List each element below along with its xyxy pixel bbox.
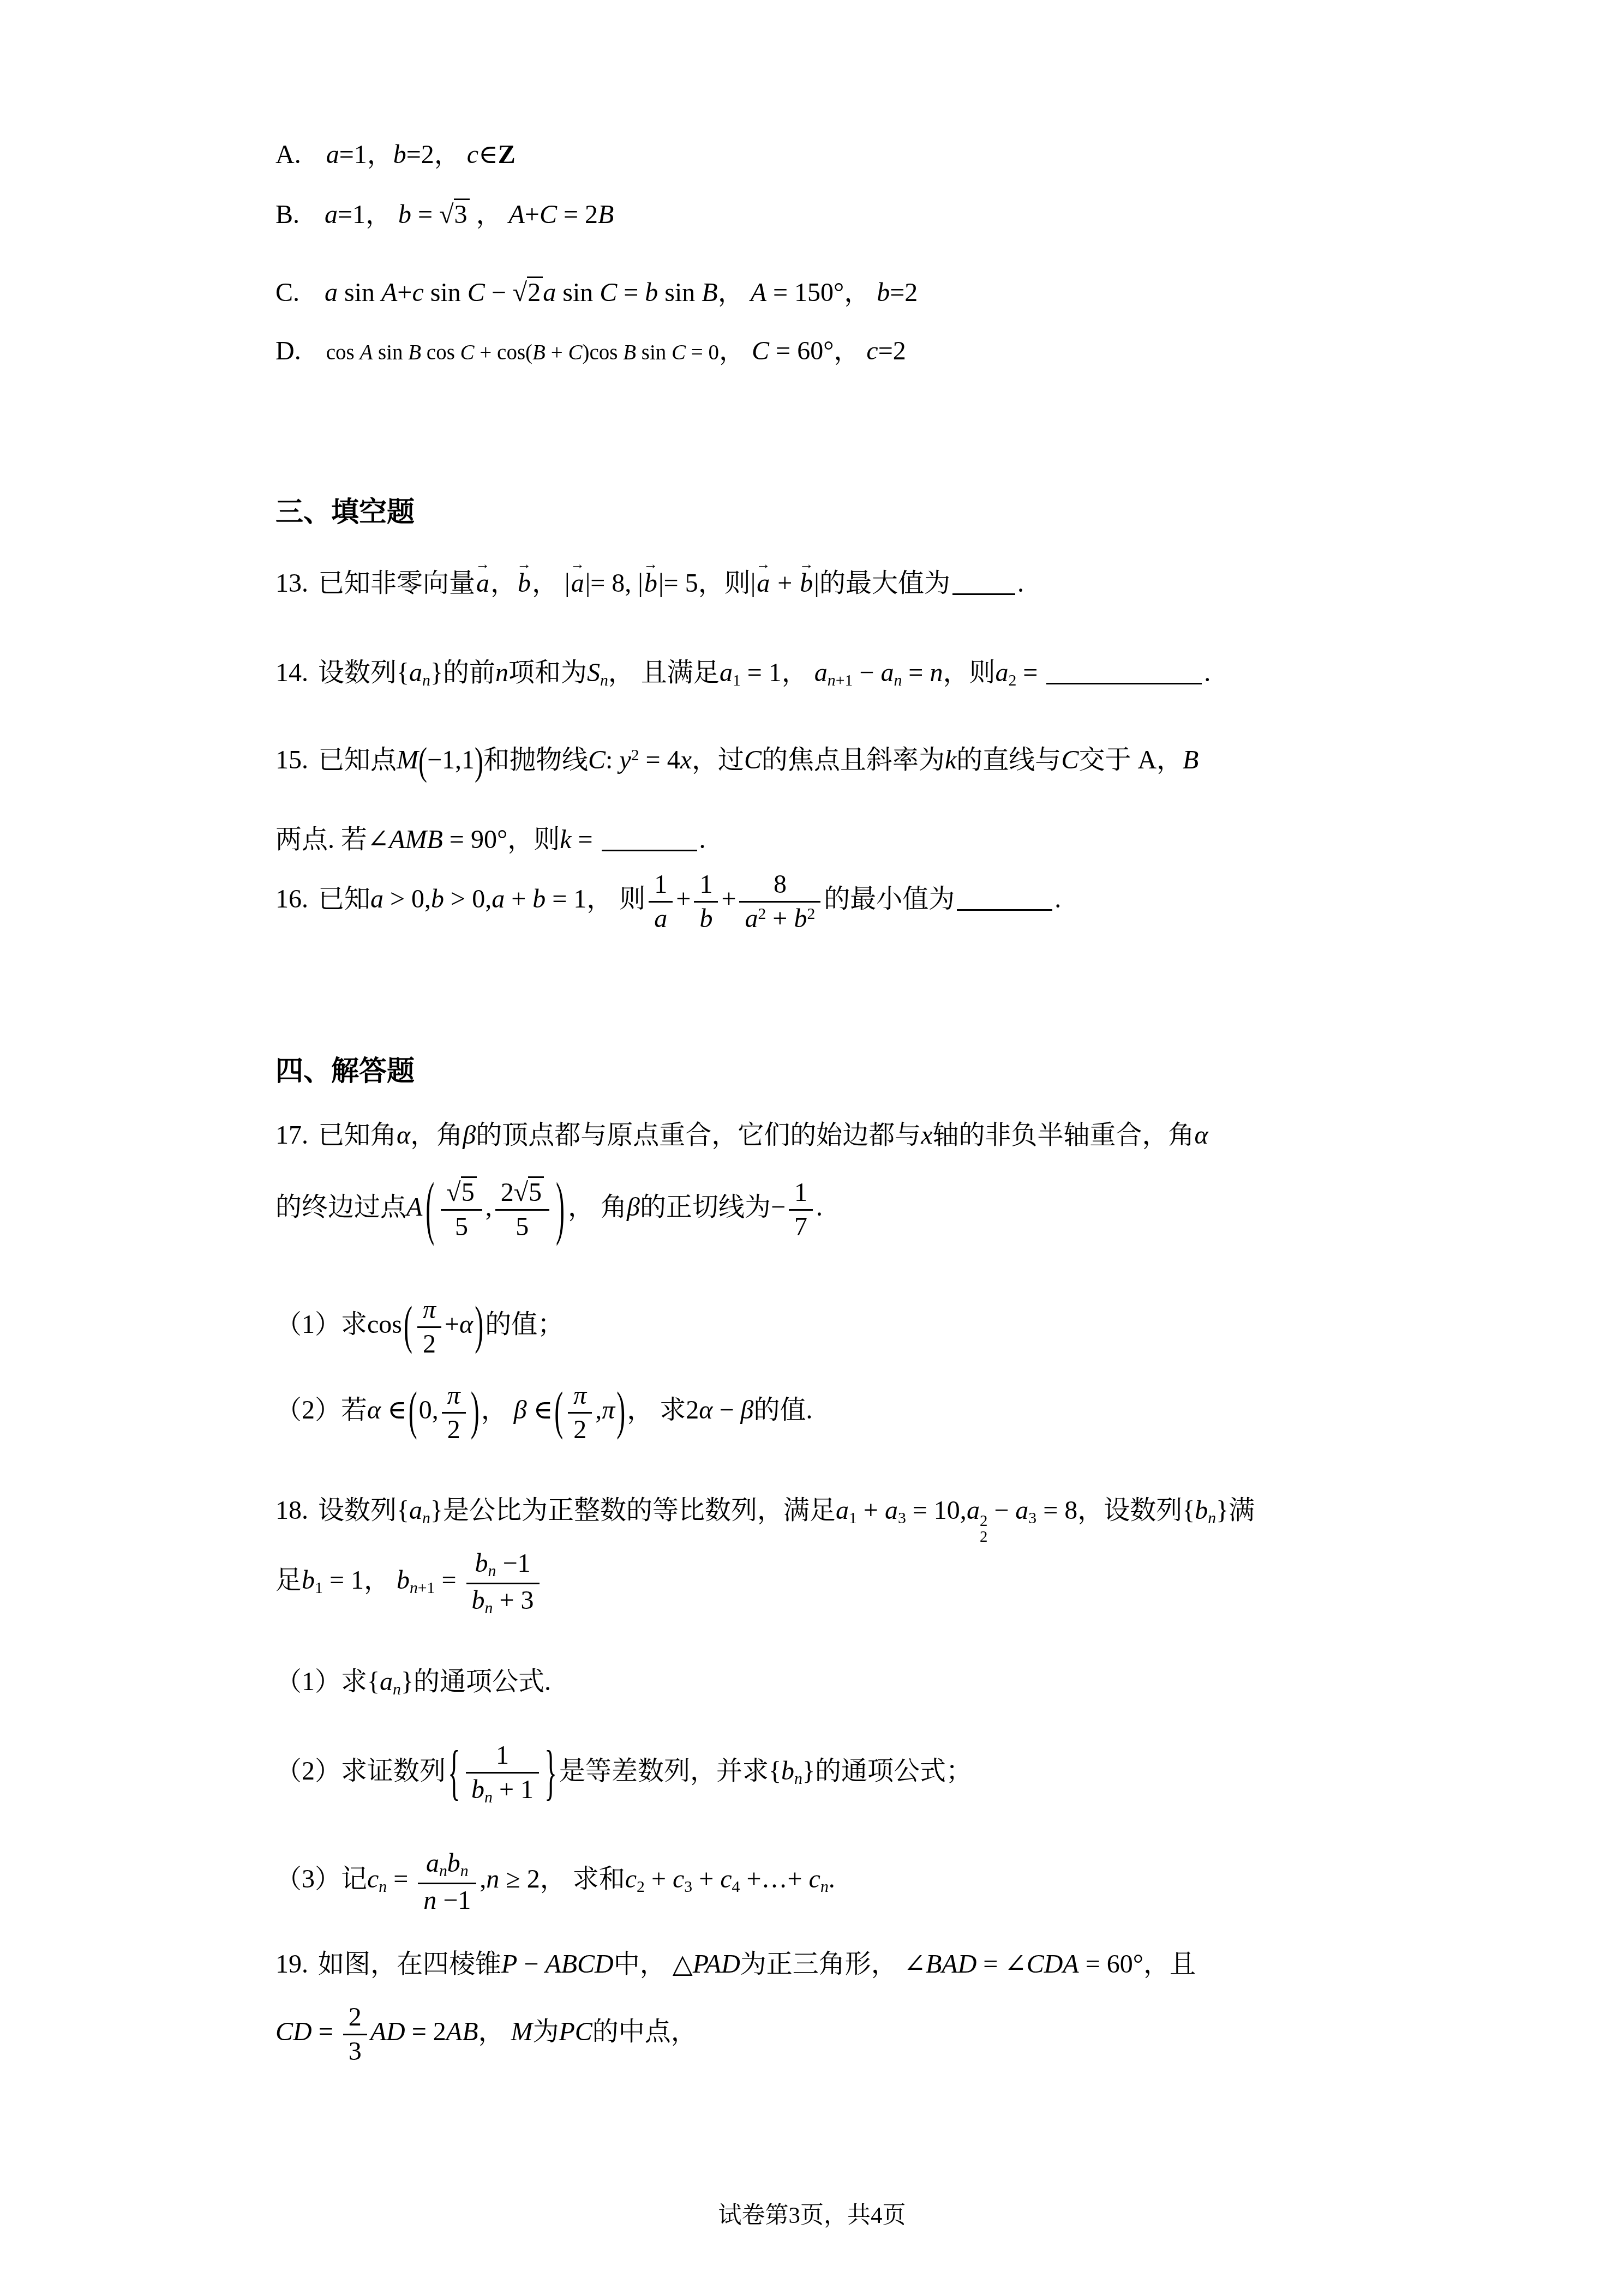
question-18-part3-text: （3）记cn = anbnn −1,n ≥ 2， 求和c2 + c3 + c4 … — [275, 1865, 835, 1894]
question-18-part2: （2）求证数列{1bn + 1}是等差数列，并求{bn}的通项公式； — [275, 1741, 972, 1806]
question-18-part3: （3）记cn = anbnn −1,n ≥ 2， 求和c2 + c3 + c4 … — [275, 1849, 835, 1914]
option-b-math: a=1， b = √3 ， A+C = 2B — [325, 199, 614, 229]
question-19-line2: CD = 23AD = 2AB， M为PC的中点， — [275, 2003, 697, 2066]
question-18-part1-text: （1）求{an}的通项公式. — [275, 1667, 551, 1696]
question-15-text-line1: 已知点M(−1,1)和抛物线C: y2 = 4x，过C的焦点且斜率为k的直线与C… — [318, 746, 1198, 774]
question-17-text-line1: 已知角α，角β的顶点都与原点重合，它们的始边都与x轴的非负半轴重合，角α — [318, 1121, 1208, 1150]
question-19-text-line2: CD = 23AD = 2AB， M为PC的中点， — [275, 2017, 697, 2046]
option-a-math: a=1，b=2， c∈Z — [326, 140, 516, 169]
question-17-part2-text: （2）若α ∈(0,π2)， β ∈(π2,π)， 求2α − β的值. — [275, 1396, 813, 1425]
question-19-text-line1: 如图，在四棱锥P − ABCD中， △PAD为正三角形， ∠BAD = ∠CDA… — [318, 1950, 1196, 1979]
option-a: A.a=1，b=2， c∈Z — [275, 137, 516, 173]
question-17-line1: 17.已知角α，角β的顶点都与原点重合，它们的始边都与x轴的非负半轴重合，角α — [275, 1118, 1208, 1153]
question-17-text-line2: 的终边过点A(√55,2√55)， 角β的正切线为−17. — [275, 1193, 823, 1222]
question-18-number: 18. — [275, 1493, 308, 1529]
question-13: 13.已知非零向量→a，→b， |→a|= 8, |→b|= 5，则|→a + … — [275, 566, 1024, 602]
question-19-line1: 19.如图，在四棱锥P − ABCD中， △PAD为正三角形， ∠BAD = ∠… — [275, 1947, 1196, 1982]
question-17-part1-text: （1）求cos(π2+α)的值； — [275, 1310, 564, 1339]
section-fill-in-title: 三、填空题 — [275, 494, 415, 531]
question-19-number: 19. — [275, 1947, 308, 1982]
page-footer: 试卷第3页，共4页 — [0, 2197, 1624, 2230]
option-a-label: A. — [275, 137, 301, 173]
option-b: B.a=1， b = √3 ， A+C = 2B — [275, 197, 614, 233]
option-d-label: D. — [275, 334, 301, 369]
question-18-line2: 足b1 = 1， bn+1 = bn −1bn + 3 — [275, 1549, 543, 1616]
option-c-label: C. — [275, 275, 299, 311]
option-c: C.a sin A+c sin C − √2a sin C = b sin B，… — [275, 275, 918, 311]
question-16: 16.已知a > 0,b > 0,a + b = 1， 则1a+1b+8a2 +… — [275, 870, 1061, 933]
question-14-number: 14. — [275, 656, 308, 691]
question-18-line1: 18.设数列{an}是公比为正整数的等比数列，满足a1 + a3 = 10,a2… — [275, 1493, 1255, 1545]
option-d: D.cos A sin B cos C + cos(B + C)cos B si… — [275, 334, 906, 369]
question-14-text: 设数列{an}的前n项和为Sn， 且满足a1 = 1， an+1 − an = … — [318, 658, 1210, 687]
question-18-text-line2: 足b1 = 1， bn+1 = bn −1bn + 3 — [275, 1566, 543, 1595]
question-16-text: 已知a > 0,b > 0,a + b = 1， 则1a+1b+8a2 + b2… — [318, 885, 1061, 913]
question-15-number: 15. — [275, 743, 308, 778]
exam-page: A.a=1，b=2， c∈Z B.a=1， b = √3 ， A+C = 2B … — [0, 0, 1624, 2296]
section-answer-title: 四、解答题 — [275, 1053, 415, 1090]
question-17-number: 17. — [275, 1118, 308, 1153]
question-17-part2: （2）若α ∈(0,π2)， β ∈(π2,π)， 求2α − β的值. — [275, 1381, 813, 1444]
question-15-text-line2: 两点. 若∠AMB = 90°，则k = . — [275, 825, 706, 854]
question-17-line2: 的终边过点A(√55,2√55)， 角β的正切线为−17. — [275, 1178, 823, 1241]
question-17-part1: （1）求cos(π2+α)的值； — [275, 1295, 564, 1359]
question-18-part2-text: （2）求证数列{1bn + 1}是等差数列，并求{bn}的通项公式； — [275, 1757, 972, 1786]
question-15-line1: 15.已知点M(−1,1)和抛物线C: y2 = 4x，过C的焦点且斜率为k的直… — [275, 743, 1198, 780]
question-14: 14.设数列{an}的前n项和为Sn， 且满足a1 = 1， an+1 − an… — [275, 656, 1210, 692]
question-13-text: 已知非零向量→a，→b， |→a|= 8, |→b|= 5，则|→a + →b|… — [318, 569, 1024, 598]
option-b-label: B. — [275, 197, 299, 233]
option-c-math: a sin A+c sin C − √2a sin C = b sin B， A… — [325, 277, 918, 307]
question-15-line2: 两点. 若∠AMB = 90°，则k = . — [275, 822, 706, 858]
question-18-part1: （1）求{an}的通项公式. — [275, 1664, 551, 1701]
question-18-text-line1: 设数列{an}是公比为正整数的等比数列，满足a1 + a3 = 10,a22 −… — [318, 1496, 1255, 1525]
question-13-number: 13. — [275, 566, 308, 602]
option-d-math: cos A sin B cos C + cos(B + C)cos B sin … — [326, 336, 906, 365]
question-16-number: 16. — [275, 882, 308, 917]
